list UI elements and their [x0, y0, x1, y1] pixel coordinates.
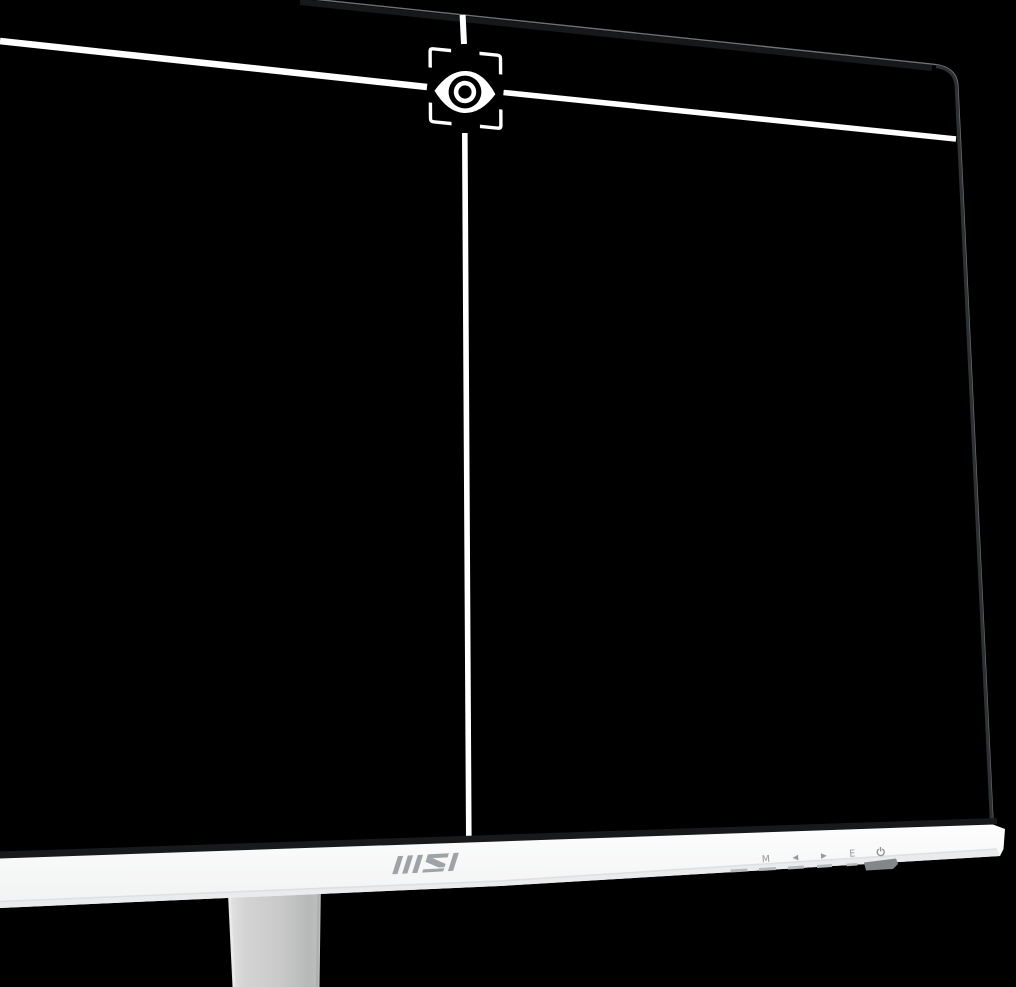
- vertical-crosshair-line-top: [463, 15, 464, 44]
- exit-button-label[interactable]: E: [849, 848, 856, 859]
- vertical-crosshair-line-bottom: [465, 133, 469, 837]
- prev-button-label[interactable]: ◀: [792, 852, 799, 861]
- product-photo-msi-monitor: MSI M ◀ ▶ E: [0, 0, 1016, 987]
- next-button-label[interactable]: ▶: [821, 851, 828, 860]
- menu-button-label[interactable]: M: [762, 854, 771, 865]
